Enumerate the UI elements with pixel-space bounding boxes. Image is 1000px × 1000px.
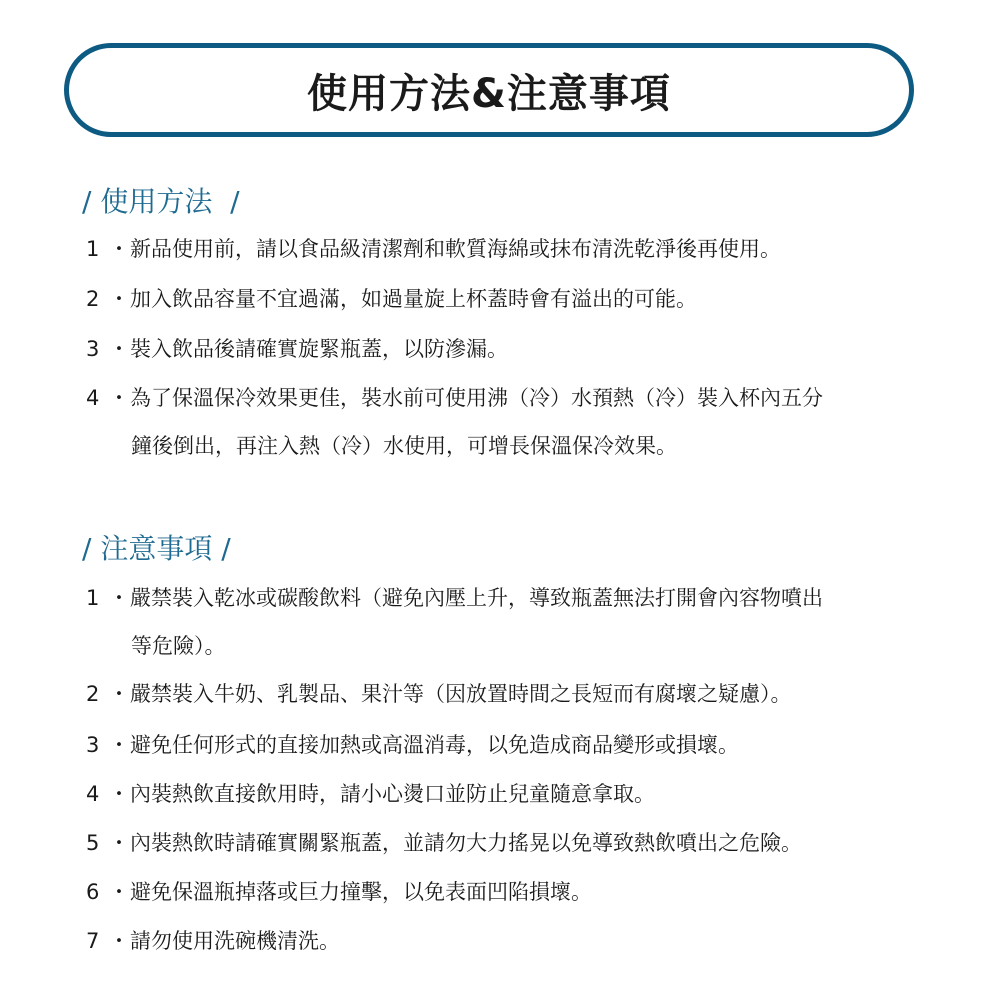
usage-item-4: 4・為了保溫保冷效果更佳，裝水前可使用沸（冷）水預熱（冷）裝入杯內五分: [86, 386, 823, 410]
cautions-heading: / 注意事項 /: [82, 527, 231, 567]
title-banner: 使用方法&注意事項: [64, 43, 914, 137]
item-bullet: ・: [108, 586, 130, 610]
item-bullet: ・: [108, 880, 130, 904]
item-text: 避免任何形式的直接加熱或高溫消毒，以免造成商品變形或損壞。: [130, 733, 739, 757]
item-text: 內裝熱飲時請確實關緊瓶蓋，並請勿大力搖晃以免導致熱飲噴出之危險。: [130, 831, 802, 855]
item-text: 新品使用前，請以食品級清潔劑和軟質海綿或抹布清洗乾淨後再使用。: [130, 237, 781, 261]
item-bullet: ・: [108, 733, 130, 757]
item-bullet: ・: [108, 337, 130, 361]
item-number: 6: [86, 880, 108, 904]
usage-item-3: 3・裝入飲品後請確實旋緊瓶蓋，以防滲漏。: [86, 337, 508, 361]
caution-item-7: 7・請勿使用洗碗機清洗。: [86, 929, 340, 953]
item-text: 裝入飲品後請確實旋緊瓶蓋，以防滲漏。: [130, 337, 508, 361]
usage-item-2: 2・加入飲品容量不宜過滿，如過量旋上杯蓋時會有溢出的可能。: [86, 287, 697, 311]
item-text: 內裝熱飲直接飲用時，請小心燙口並防止兒童隨意拿取。: [130, 782, 655, 806]
item-number: 1: [86, 586, 108, 610]
item-bullet: ・: [108, 831, 130, 855]
caution-item-4: 4・內裝熱飲直接飲用時，請小心燙口並防止兒童隨意拿取。: [86, 782, 655, 806]
item-text: 請勿使用洗碗機清洗。: [130, 929, 340, 953]
item-number: 1: [86, 237, 108, 261]
item-number: 3: [86, 733, 108, 757]
item-bullet: ・: [108, 237, 130, 261]
caution-item-2: 2・嚴禁裝入牛奶、乳製品、果汁等（因放置時間之長短而有腐壞之疑慮）。: [86, 682, 792, 706]
item-number: 4: [86, 386, 108, 410]
item-bullet: ・: [108, 386, 130, 410]
item-number: 5: [86, 831, 108, 855]
item-text: 為了保溫保冷效果更佳，裝水前可使用沸（冷）水預熱（冷）裝入杯內五分: [130, 386, 823, 410]
item-text: 嚴禁裝入乾冰或碳酸飲料（避免內壓上升，導致瓶蓋無法打開會內容物噴出: [130, 586, 823, 610]
page-title: 使用方法&注意事項: [307, 62, 671, 119]
caution-item-6: 6・避免保溫瓶掉落或巨力撞擊，以免表面凹陷損壞。: [86, 880, 592, 904]
item-text: 加入飲品容量不宜過滿，如過量旋上杯蓋時會有溢出的可能。: [130, 287, 697, 311]
caution-item-5: 5・內裝熱飲時請確實關緊瓶蓋，並請勿大力搖晃以免導致熱飲噴出之危險。: [86, 831, 802, 855]
caution-item-3: 3・避免任何形式的直接加熱或高溫消毒，以免造成商品變形或損壞。: [86, 733, 739, 757]
item-number: 7: [86, 929, 108, 953]
item-text: 嚴禁裝入牛奶、乳製品、果汁等（因放置時間之長短而有腐壞之疑慮）。: [130, 682, 792, 706]
item-number: 2: [86, 287, 108, 311]
caution-item-1: 1・嚴禁裝入乾冰或碳酸飲料（避免內壓上升，導致瓶蓋無法打開會內容物噴出: [86, 586, 823, 610]
usage-item-1: 1・新品使用前，請以食品級清潔劑和軟質海綿或抹布清洗乾淨後再使用。: [86, 237, 781, 261]
item-bullet: ・: [108, 682, 130, 706]
item-number: 2: [86, 682, 108, 706]
item-bullet: ・: [108, 782, 130, 806]
item-bullet: ・: [108, 287, 130, 311]
usage-item-4-continued: 鐘後倒出，再注入熱（冷）水使用，可增長保溫保冷效果。: [131, 434, 677, 458]
item-text: 避免保溫瓶掉落或巨力撞擊，以免表面凹陷損壞。: [130, 880, 592, 904]
item-number: 3: [86, 337, 108, 361]
usage-heading: / 使用方法 /: [82, 180, 240, 220]
item-bullet: ・: [108, 929, 130, 953]
item-number: 4: [86, 782, 108, 806]
caution-item-1-continued: 等危險）。: [131, 634, 226, 658]
